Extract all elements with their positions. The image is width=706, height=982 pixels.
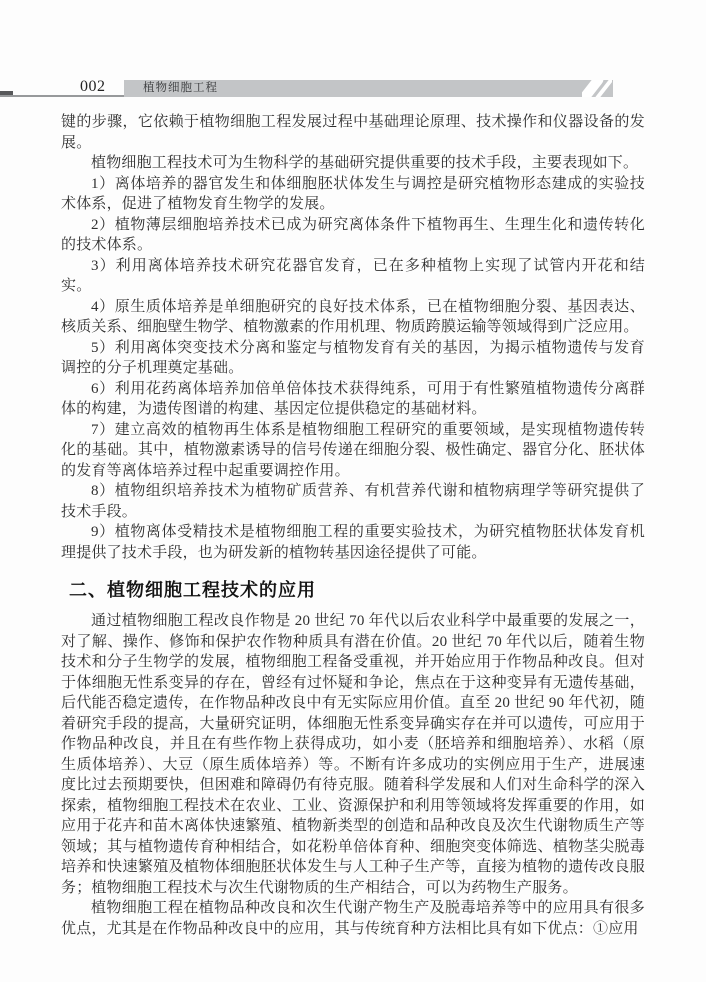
list-item-paragraph: 4）原生质体培养是单细胞研究的良好技术体系，已在植物细胞分裂、基因表达、核质关系… — [61, 297, 645, 338]
body-paragraph: 植物细胞工程技术可为生物科学的基础研究提供重要的技术手段，主要表现如下。 — [61, 153, 645, 174]
running-head-title: 植物细胞工程 — [143, 80, 218, 97]
page-body: 键的步骤，它依赖于植物细胞工程发展过程中基础理论原理、技术操作和仪器设备的发展。… — [61, 112, 645, 939]
list-item-paragraph: 1）离体培养的器官发生和体细胞胚状体发生与调控是研究植物形态建成的实验技术体系，… — [61, 174, 645, 215]
list-item-paragraph: 2）植物薄层细胞培养技术已成为研究离体条件下植物再生、生理生化和遗传转化的技术体… — [61, 215, 645, 256]
list-item-paragraph: 5）利用离体突变技术分离和鉴定与植物发育有关的基因，为揭示植物遗传与发育调控的分… — [61, 338, 645, 379]
book-page: 002 植物细胞工程 键的步骤，它依赖于植物细胞工程发展过程中基础理论原理、技术… — [0, 0, 706, 982]
list-item-paragraph: 3）利用离体培养技术研究花器官发育，已在多种植物上实现了试管内开花和结实。 — [61, 256, 645, 297]
body-paragraph: 通过植物细胞工程改良作物是 20 世纪 70 年代以后农业科学中最重要的发展之一… — [61, 611, 645, 898]
page-number: 002 — [80, 78, 120, 95]
list-item-paragraph: 7）建立高效的植物再生体系是植物细胞工程研究的重要领域，是实现植物遗传转化的基础… — [61, 420, 645, 482]
body-paragraph: 键的步骤，它依赖于植物细胞工程发展过程中基础理论原理、技术操作和仪器设备的发展。 — [61, 112, 645, 153]
header-rule — [0, 95, 125, 97]
list-item-paragraph: 9）植物离体受精技术是植物细胞工程的重要实验技术，为研究植物胚状体发育机理提供了… — [61, 522, 645, 563]
slash-decoration-icon — [582, 80, 612, 97]
list-item-paragraph: 8）植物组织培养技术为植物矿质营养、有机营养代谢和植物病理学等研究提供了技术手段… — [61, 481, 645, 522]
section-heading: 二、植物细胞工程技术的应用 — [69, 579, 645, 601]
list-item-paragraph: 6）利用花药离体培养加倍单倍体技术获得纯系，可用于有性繁殖植物遗传分离群体的构建… — [61, 379, 645, 420]
body-paragraph: 植物细胞工程在植物品种改良和次生代谢产物生产及脱毒培养等中的应用具有很多优点，尤… — [61, 898, 645, 939]
header-bar: 植物细胞工程 — [124, 80, 613, 97]
